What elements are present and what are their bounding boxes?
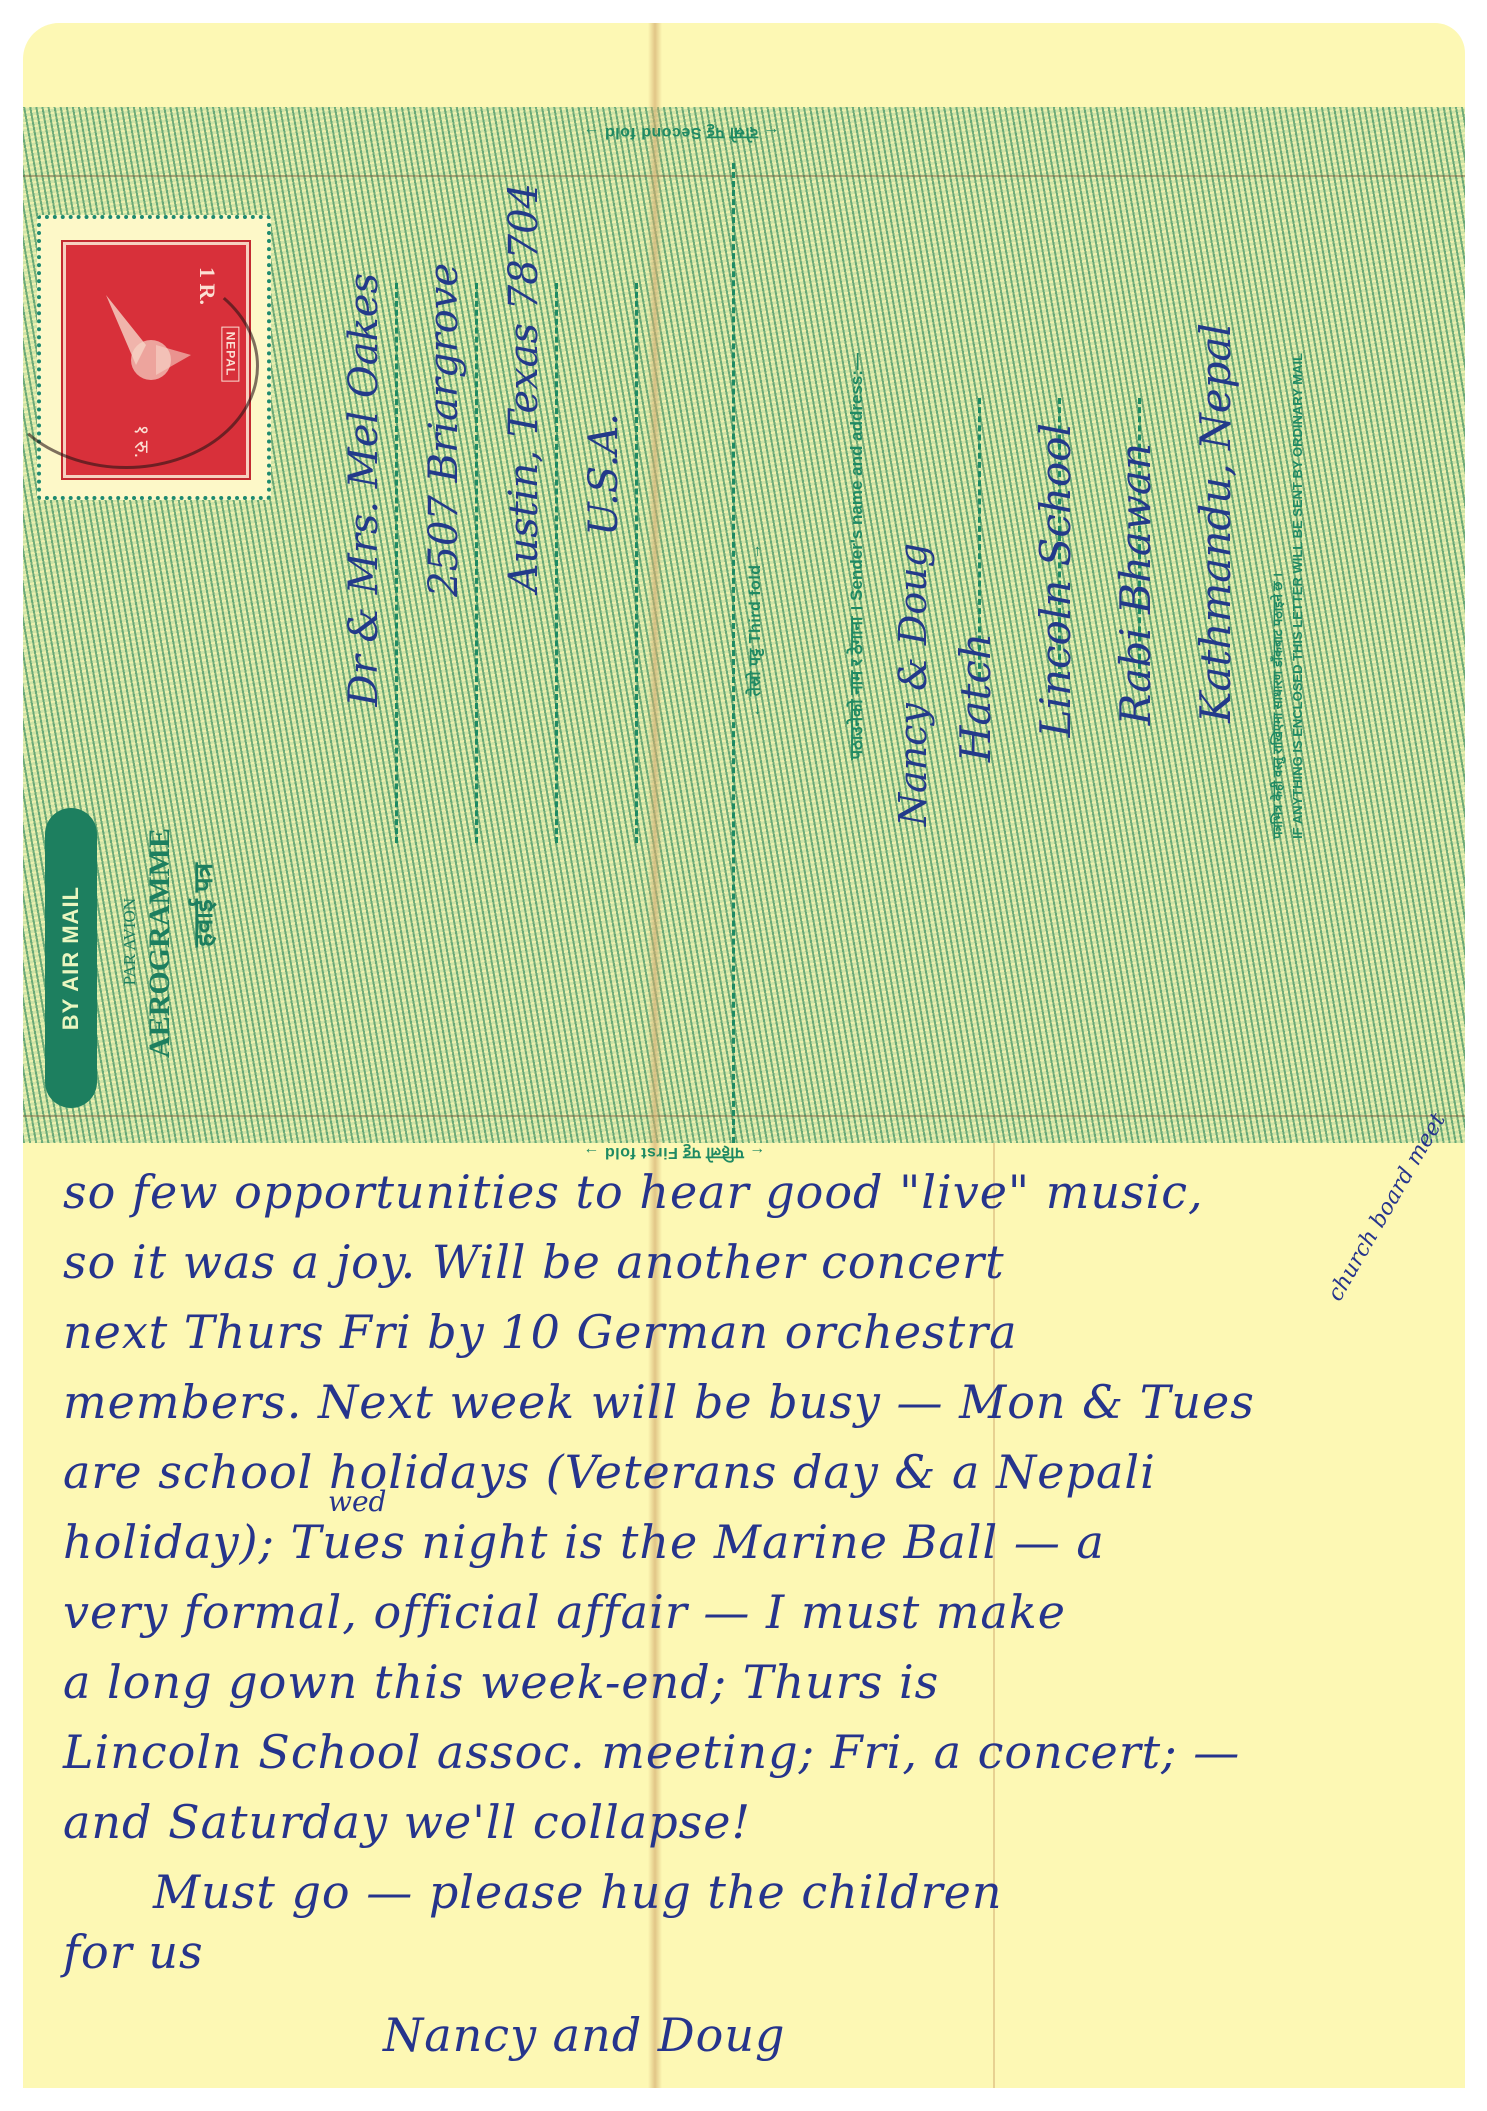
letter-closing-line: for us bbox=[63, 1925, 204, 1979]
third-fold-label: ← तेस्रो पट्ट Third fold → bbox=[745, 543, 767, 718]
enclosure-notice: पत्रभित्र केही वस्तु राखिएमा साधारण डाँक… bbox=[1268, 353, 1308, 839]
enclosure-notice-english: IF ANYTHING IS ENCLOSED THIS LETTER WILL… bbox=[1288, 353, 1308, 839]
recipient-line-3: Austin, Texas 78704 bbox=[501, 183, 547, 592]
sender-line-4: Rabi Bhawan bbox=[1111, 443, 1160, 725]
recipient-line-1: Dr & Mrs. Mel Oakes bbox=[341, 273, 387, 706]
letter-signature: Nancy and Doug bbox=[383, 2008, 785, 2062]
letter-line: a long gown this week-end; Thurs is bbox=[63, 1655, 939, 1709]
letter-closing-line: Must go — please hug the children bbox=[153, 1865, 1002, 1919]
airmail-logo: BY AIR MAIL PAR AVION AEROGRAMME हवाई पत… bbox=[35, 788, 255, 1118]
aerogramme-devanagari-label: हवाई पत्र bbox=[185, 863, 221, 947]
recipient-line-4: U.S.A. bbox=[581, 413, 627, 536]
letter-line: and Saturday we'll collapse! bbox=[63, 1795, 751, 1849]
third-fold-dashed-line bbox=[732, 163, 735, 1143]
sender-line-3: Lincoln School bbox=[1031, 423, 1080, 737]
letter-line: members. Next week will be busy — Mon & … bbox=[63, 1375, 1255, 1429]
recipient-line-2: 2507 Briargrove bbox=[421, 263, 467, 597]
letter-line: Lincoln School assoc. meeting; Fri, a co… bbox=[63, 1725, 1240, 1779]
sender-name-address-label: पठाउनेको नाम र ठेगाना । Sender's name an… bbox=[845, 353, 868, 760]
letter-line: are school holidays (Veterans day & a Ne… bbox=[63, 1445, 1156, 1499]
address-guide-line bbox=[555, 283, 558, 843]
par-avion-label: PAR AVION bbox=[120, 898, 140, 985]
enclosure-notice-devanagari: पत्रभित्र केही वस्तु राखिएमा साधारण डाँक… bbox=[1268, 353, 1288, 839]
address-guide-line bbox=[395, 283, 398, 843]
first-fold-label: ← पहिलो पट्ट First fold → bbox=[583, 1143, 765, 1165]
second-fold-crease bbox=[23, 175, 1465, 177]
letter-line: next Thurs Fri by 10 German orchestra bbox=[63, 1305, 1018, 1359]
aerogramme-sheet: ← दोस्रो पट्ट Second fold → ← पहिलो पट्ट… bbox=[23, 23, 1465, 2088]
by-air-mail-badge: BY AIR MAIL bbox=[45, 808, 97, 1108]
letter-line: so it was a joy. Will be another concert bbox=[63, 1235, 1005, 1289]
letter-line: very formal, official affair — I must ma… bbox=[63, 1585, 1066, 1639]
address-guide-line bbox=[635, 283, 638, 843]
sender-line-2: Hatch bbox=[951, 633, 1000, 762]
aerogramme-label: AEROGRAMME bbox=[143, 828, 177, 1058]
sender-line-1: Nancy & Doug bbox=[891, 543, 935, 826]
address-guide-line bbox=[475, 283, 478, 843]
letter-line: so few opportunities to hear good "live"… bbox=[63, 1165, 1204, 1219]
letter-line: holiday); Tues night is the Marine Ball … bbox=[63, 1515, 1105, 1569]
sender-line-5: Kathmandu, Nepal bbox=[1191, 323, 1240, 723]
second-fold-label: ← दोस्रो पट्ट Second fold → bbox=[583, 123, 780, 145]
inserted-word-wed: wed bbox=[328, 1485, 386, 1518]
